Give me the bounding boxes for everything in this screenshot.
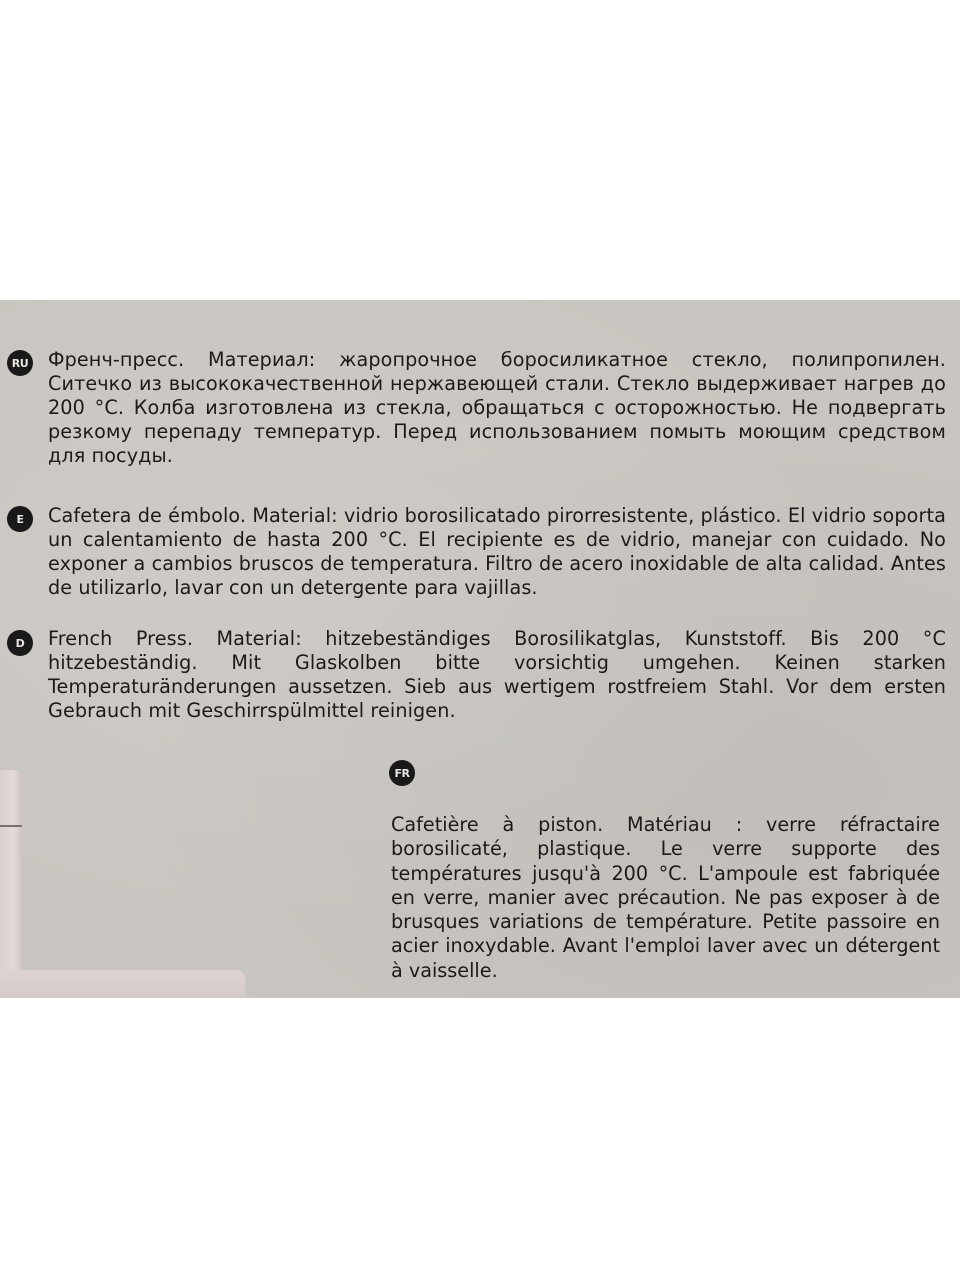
instructions-ru: Френч-пресс. Материал: жаропрочное борос… <box>48 348 946 468</box>
product-base <box>0 970 245 998</box>
product-seam <box>0 825 22 827</box>
instructions-de: French Press. Material: hitzebeständiges… <box>48 627 946 723</box>
language-badge-ru: RU <box>7 350 33 376</box>
instructions-de-text: French Press. Material: hitzebeständiges… <box>48 627 946 723</box>
instructions-ru-text: Френч-пресс. Материал: жаропрочное борос… <box>48 348 946 468</box>
language-badge-de: D <box>7 630 33 656</box>
instructions-fr: Cafetière à piston. Matériau : verre réf… <box>391 813 940 983</box>
instructions-es: Cafetera de émbolo. Material: vidrio bor… <box>48 504 946 600</box>
instructions-fr-text: Cafetière à piston. Matériau : verre réf… <box>391 813 940 983</box>
language-badge-es: E <box>7 506 33 532</box>
instructions-es-text: Cafetera de émbolo. Material: vidrio bor… <box>48 504 946 600</box>
product-edge <box>0 770 22 998</box>
packaging-photo: RU Френч-пресс. Материал: жаропрочное бо… <box>0 300 960 998</box>
language-badge-fr: FR <box>389 760 415 786</box>
